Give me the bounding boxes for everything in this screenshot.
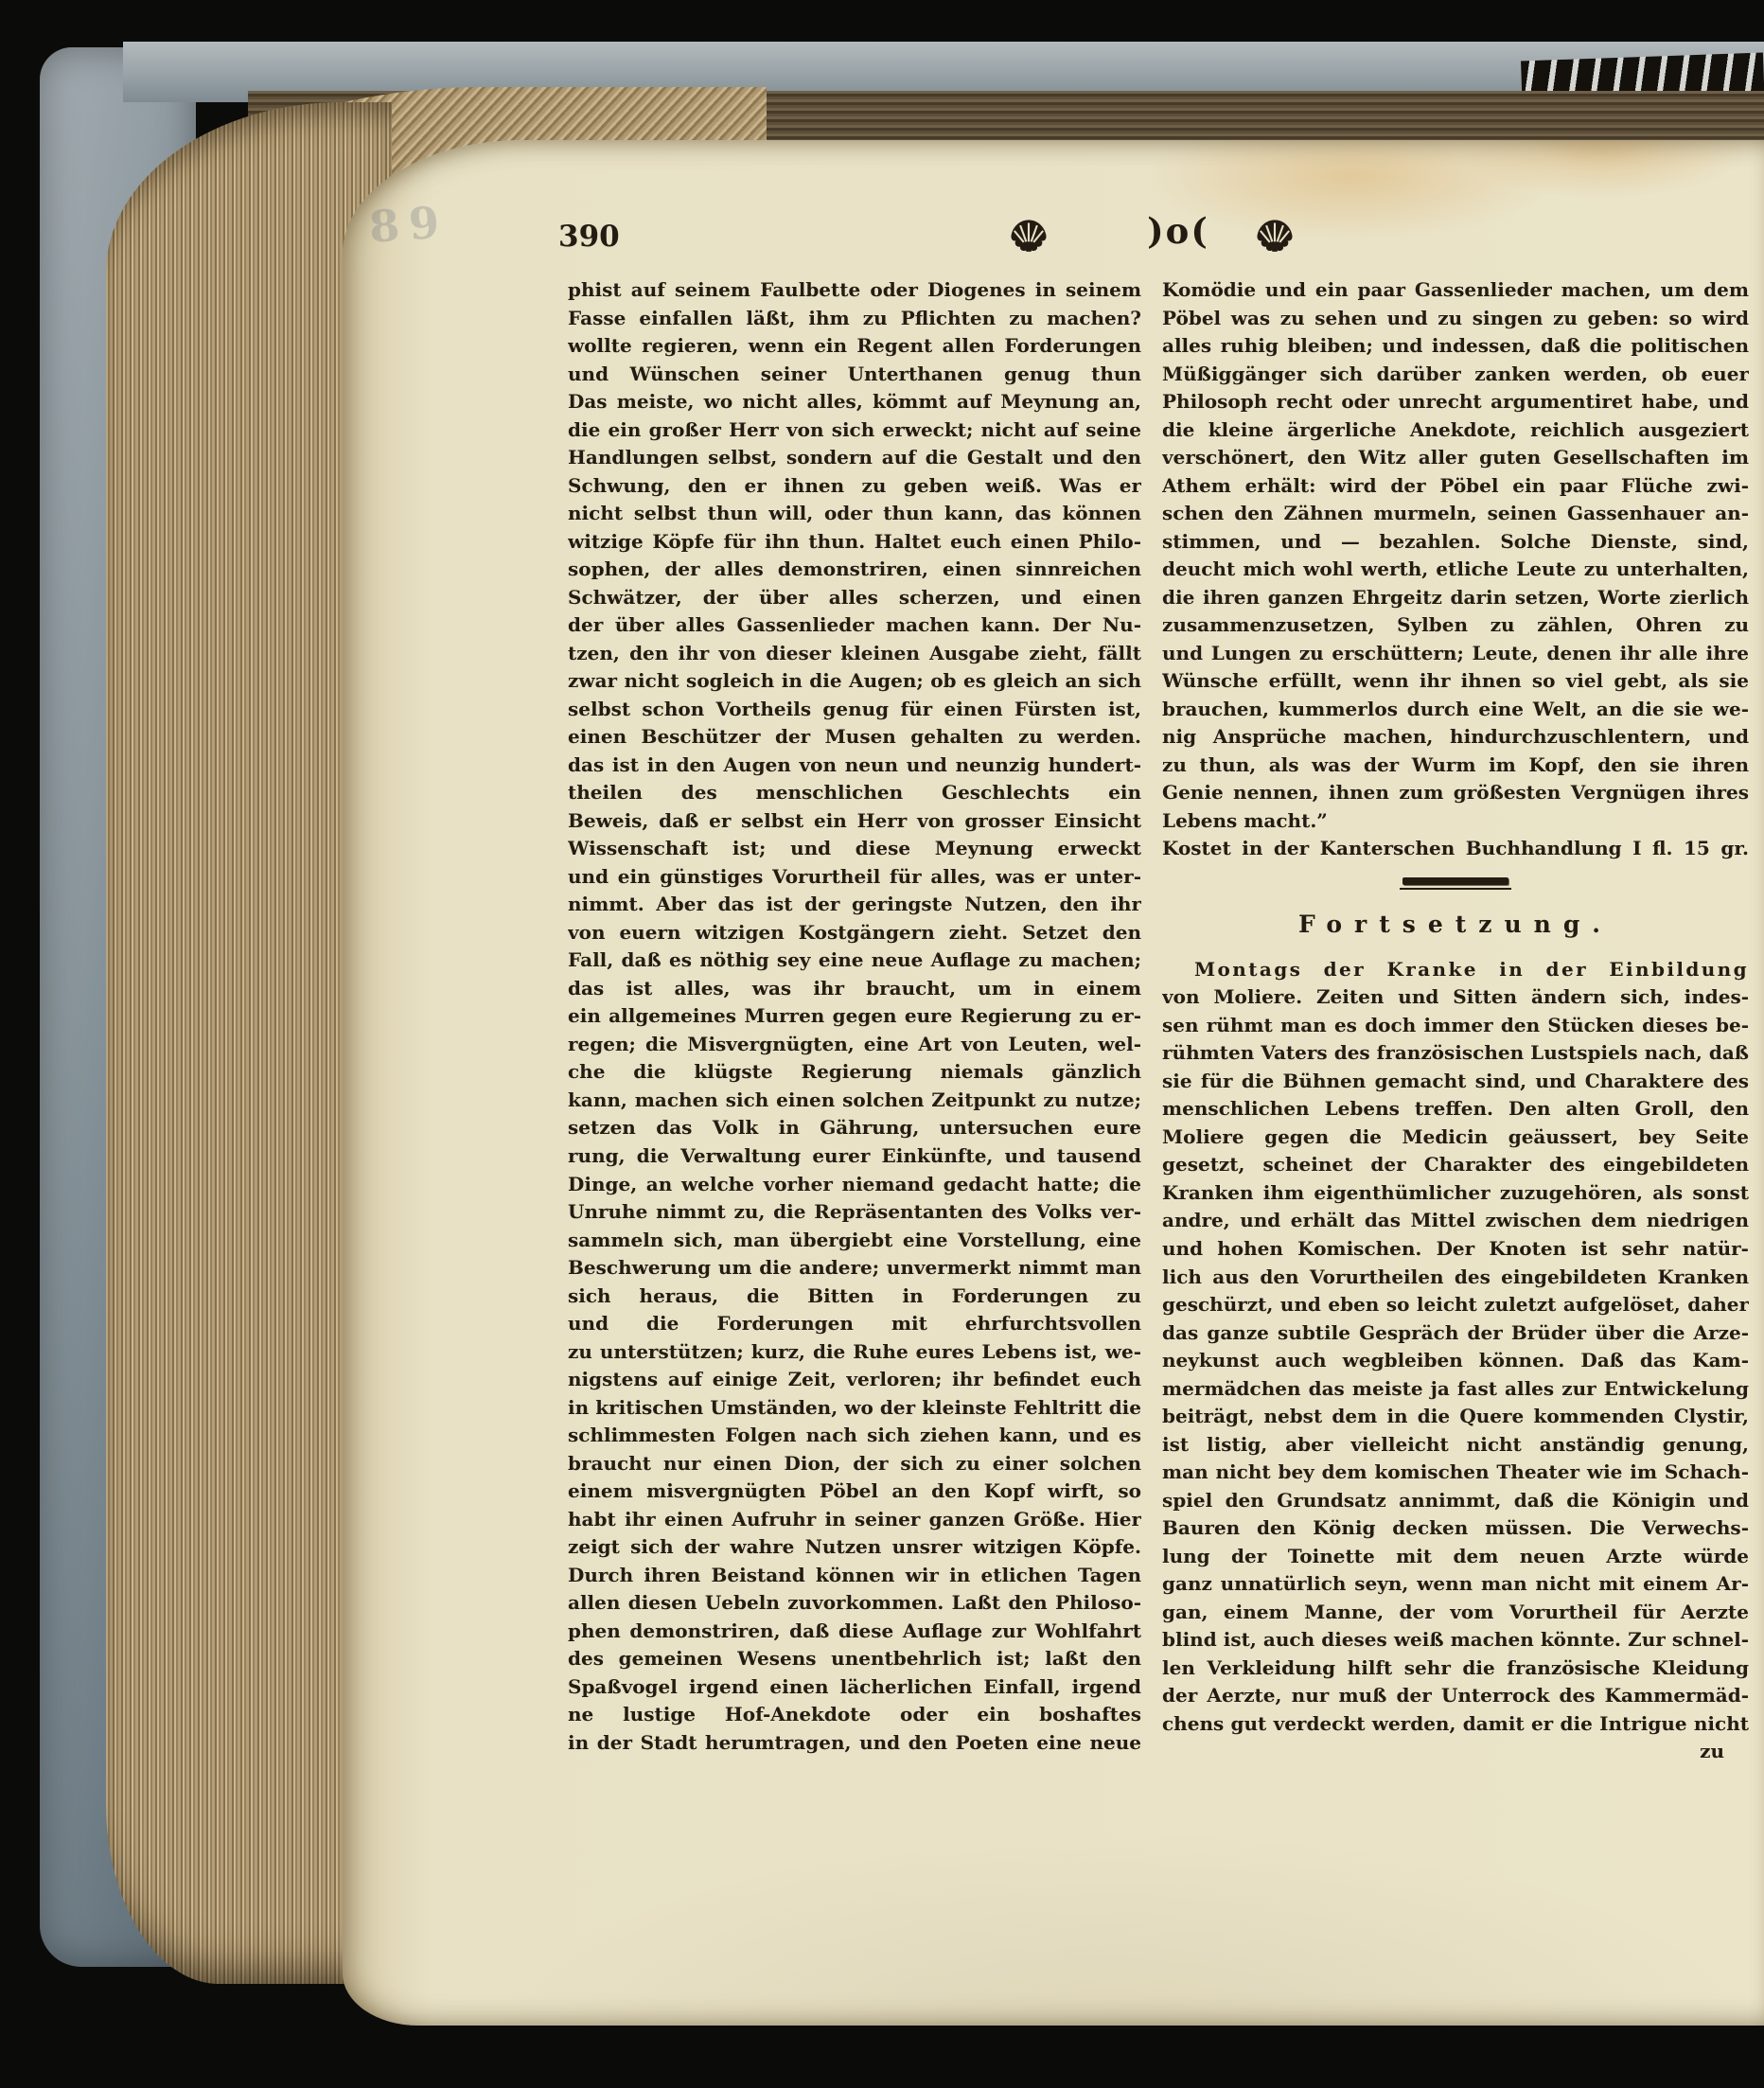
text-line: chens gut verdeckt werden, damit er die … <box>1162 1710 1749 1739</box>
text-line: ist listig, aber vielleicht nicht anstän… <box>1162 1431 1749 1460</box>
text-line: zu unterstützen; kurz, die Ruhe eures Le… <box>568 1338 1141 1367</box>
text-line: menschlichen Lebens treffen. Den alten G… <box>1162 1095 1749 1124</box>
text-line: stimmen, und — bezahlen. Solche Dienste,… <box>1162 528 1749 557</box>
text-line: Athem erhält: wird der Pöbel ein paar Fl… <box>1162 472 1749 501</box>
right-text-column: Komödie und ein paar Gassenlieder machen… <box>1162 276 1749 1765</box>
text-line: das ganze subtile Gespräch der Brüder üb… <box>1162 1319 1749 1348</box>
text-line: ganz unnatürlich seyn, wenn man nicht mi… <box>1162 1570 1749 1599</box>
text-line: Wünsche erfüllt, wenn ihr ihnen so viel … <box>1162 667 1749 696</box>
text-line: ein allgemeines Murren gegen eure Regier… <box>568 1002 1141 1031</box>
text-line: nicht selbst thun will, oder thun kann, … <box>568 500 1141 528</box>
text-line: Handlungen selbst, sondern auf die Gesta… <box>568 444 1141 472</box>
text-line: sophen, der alles demonstriren, einen si… <box>568 556 1141 584</box>
text-line: Philosoph recht oder unrecht argumentire… <box>1162 388 1749 416</box>
text-line: der Aerzte, nur muß der Unterrock des Ka… <box>1162 1682 1749 1710</box>
text-line: das ist in den Augen von neun und neunzi… <box>568 752 1141 780</box>
text-line: theilen des menschlichen Geschlechts ein… <box>568 779 1141 807</box>
shell-ornament-icon <box>1007 214 1050 254</box>
text-line: der über alles Gassenlieder machen kann.… <box>568 611 1141 640</box>
text-line: wollte regieren, wenn ein Regent allen F… <box>568 332 1141 361</box>
text-line: rung, die Verwaltung eurer Einkünfte, un… <box>568 1142 1141 1171</box>
text-line: witzige Köpfe für ihn thun. Haltet euch … <box>568 528 1141 557</box>
text-line: Kranken ihm eigenthümlicher zuzugehören,… <box>1162 1179 1749 1208</box>
divider-thin-rule <box>1400 888 1511 890</box>
text-line: andre, und erhält das Mittel zwischen de… <box>1162 1207 1749 1235</box>
text-line: Komödie und ein paar Gassenlieder machen… <box>1162 276 1749 305</box>
text-line: brauchen, kummerlos durch eine Welt, an … <box>1162 696 1749 724</box>
text-line: man nicht bey dem komischen Theater wie … <box>1162 1459 1749 1487</box>
page-header: )o( <box>343 212 1764 261</box>
text-line: die ihren ganzen Ehrgeitz darin setzen, … <box>1162 584 1749 612</box>
text-line: Bauren den König decken müssen. Die Verw… <box>1162 1514 1749 1543</box>
section-heading: Fortsetzung. <box>1162 908 1749 942</box>
text-line: lung der Toinette mit dem neuen Arzte wü… <box>1162 1543 1749 1571</box>
text-line: schlimmesten Folgen nach sich ziehen kan… <box>568 1422 1141 1450</box>
text-line: Fasse einfallen läßt, ihm zu Pflichten z… <box>568 305 1141 333</box>
text-line: Das meiste, wo nicht alles, kömmt auf Me… <box>568 388 1141 416</box>
text-line: Durch ihren Beistand können wir in etlic… <box>568 1562 1141 1590</box>
text-line: in der Stadt herumtragen, und den Poeten… <box>568 1729 1141 1758</box>
text-line: ne lustige Hof-Anekdote oder ein boshaft… <box>568 1701 1141 1729</box>
text-line: Unruhe nimmt zu, die Repräsentanten des … <box>568 1198 1141 1227</box>
text-line: zu thun, als was der Wurm im Kopf, den s… <box>1162 752 1749 780</box>
text-line: sie für die Bühnen gemacht sind, und Cha… <box>1162 1068 1749 1096</box>
text-line: Pöbel was zu sehen und zu singen zu gebe… <box>1162 305 1749 333</box>
left-text-column: phist auf seinem Faulbette oder Diogenes… <box>568 276 1141 1757</box>
text-line: in kritischen Umständen, wo der kleinste… <box>568 1394 1141 1423</box>
text-line: zusammenzusetzen, Sylben zu zählen, Ohre… <box>1162 611 1749 640</box>
text-line: Moliere gegen die Medicin geäussert, bey… <box>1162 1124 1749 1152</box>
text-line: Schwätzer, der über alles scherzen, und … <box>568 584 1141 612</box>
text-line: nig Ansprüche machen, hindurchzuschlente… <box>1162 723 1749 752</box>
text-line: einem misvergnügten Pöbel an den Kopf wi… <box>568 1478 1141 1506</box>
text-line: Genie nennen, ihnen zum größesten Vergnü… <box>1162 779 1749 807</box>
text-line: deucht mich wohl werth, etliche Leute zu… <box>1162 556 1749 584</box>
text-line: beiträgt, nebst dem in die Quere kommend… <box>1162 1403 1749 1431</box>
text-line: kann, machen sich einen solchen Zeitpunk… <box>568 1087 1141 1115</box>
text-line: Müßiggänger sich darüber zanken werden, … <box>1162 361 1749 389</box>
text-line: spiel den Grundsatz annimmt, daß die Kön… <box>1162 1487 1749 1515</box>
text-line: und hohen Komischen. Der Knoten ist sehr… <box>1162 1235 1749 1264</box>
text-line: von euern witzigen Kostgängern zieht. Se… <box>568 919 1141 947</box>
text-line: Kostet in der Kanterschen Buchhandlung I… <box>1162 835 1749 863</box>
divider-bar <box>1402 877 1508 885</box>
text-line: che die klügste Regierung niemals gänzli… <box>568 1058 1141 1087</box>
text-line: neykunst auch wegbleiben können. Daß das… <box>1162 1347 1749 1375</box>
shell-ornament-icon <box>1253 214 1297 254</box>
text-line: allen diesen Uebeln zuvorkommen. Laßt de… <box>568 1589 1141 1618</box>
text-line: mermädchen das meiste ja fast alles zur … <box>1162 1375 1749 1404</box>
text-line: zwar nicht sogleich in die Augen; ob es … <box>568 667 1141 696</box>
text-line: alles ruhig bleiben; und indessen, daß d… <box>1162 332 1749 361</box>
text-line: phen demonstriren, daß diese Auflage zur… <box>568 1618 1141 1646</box>
text-line: schen den Zähnen murmeln, seinen Gassenh… <box>1162 500 1749 528</box>
section-lines: Montags der Kranke in der Einbildungvon … <box>1162 956 1749 1738</box>
text-line: von Moliere. Zeiten und Sitten ändern si… <box>1162 983 1749 1012</box>
text-line: nimmt. Aber das ist der geringste Nutzen… <box>568 891 1141 919</box>
text-line: sen rühmt man es doch immer den Stücken … <box>1162 1012 1749 1040</box>
text-line: Dinge, an welche vorher niemand gedacht … <box>568 1171 1141 1199</box>
text-line: verschönert, den Witz aller guten Gesell… <box>1162 444 1749 472</box>
text-line: regen; die Misvergnügten, eine Art von L… <box>568 1031 1141 1059</box>
text-line: habt ihr einen Aufruhr in seiner ganzen … <box>568 1506 1141 1534</box>
text-line: Spaßvogel irgend einen lächerlichen Einf… <box>568 1673 1141 1702</box>
text-line: Fall, daß es nöthig sey eine neue Auflag… <box>568 947 1141 975</box>
text-line: Schwung, den er ihnen zu geben weiß. Was… <box>568 472 1141 501</box>
text-line: einen Beschützer der Musen gehalten zu w… <box>568 723 1141 752</box>
text-line: Wissenschaft ist; und diese Meynung erwe… <box>568 835 1141 863</box>
text-line: sich heraus, die Bitten in Forderungen z… <box>568 1283 1141 1311</box>
text-line: sammeln sich, man übergiebt eine Vorstel… <box>568 1227 1141 1255</box>
text-line: setzen das Volk in Gährung, untersuchen … <box>568 1114 1141 1142</box>
text-line: len Verkleidung hilft sehr die französis… <box>1162 1654 1749 1683</box>
section-divider-rule <box>1402 877 1508 890</box>
text-line: das ist alles, was ihr braucht, um in ei… <box>568 975 1141 1003</box>
text-line: die kleine ärgerliche Anekdote, reichlic… <box>1162 416 1749 445</box>
text-line: selbst schon Vortheils genug für einen F… <box>568 696 1141 724</box>
text-line: und Wünschen seiner Unterthanen genug th… <box>568 361 1141 389</box>
section-mark: )o( <box>1126 210 1230 252</box>
text-line: zeigt sich der wahre Nutzen unsrer witzi… <box>568 1533 1141 1562</box>
text-line: und Lungen zu erschüttern; Leute, denen … <box>1162 640 1749 668</box>
text-line: die ein großer Herr von sich erweckt; ni… <box>568 416 1141 445</box>
text-line: rühmten Vaters des französischen Lustspi… <box>1162 1039 1749 1068</box>
text-line: phist auf seinem Faulbette oder Diogenes… <box>568 276 1141 305</box>
catchword: zu <box>1162 1738 1749 1765</box>
text-line: braucht nur einen Dion, der sich zu eine… <box>568 1450 1141 1478</box>
text-line: Beschwerung um die andere; unvermerkt ni… <box>568 1254 1141 1283</box>
text-line: und die Forderungen mit ehrfurchtsvollen… <box>568 1310 1141 1338</box>
book-scan: { "page": { "number": "390", "pencil_mar… <box>0 0 1764 2088</box>
text-line: nigstens auf einige Zeit, verloren; ihr … <box>568 1366 1141 1394</box>
text-line: blind ist, auch dieses weiß machen könnt… <box>1162 1626 1749 1654</box>
text-line: tzen, den ihr von dieser kleinen Ausgabe… <box>568 640 1141 668</box>
text-line: geschürzt, und eben so leicht zuletzt au… <box>1162 1291 1749 1319</box>
text-line: gan, einem Manne, der vom Vorurtheil für… <box>1162 1599 1749 1627</box>
text-line: Lebens macht.” <box>1162 807 1749 836</box>
text-line: gesetzt, scheinet der Charakter des eing… <box>1162 1151 1749 1179</box>
book-page: 89 390 )o( <box>343 140 1764 2026</box>
text-line: und ein günstiges Vorurtheil für alles, … <box>568 863 1141 892</box>
text-line: des gemeinen Wesens unentbehrlich ist; l… <box>568 1645 1141 1673</box>
article-end-lines: Komödie und ein paar Gassenlieder machen… <box>1162 276 1749 863</box>
text-line: Montags der Kranke in der Einbildung <box>1162 956 1749 984</box>
text-line: lich aus den Vorurtheilen des eingebilde… <box>1162 1264 1749 1292</box>
text-line: Beweis, daß er selbst ein Herr von gross… <box>568 807 1141 836</box>
